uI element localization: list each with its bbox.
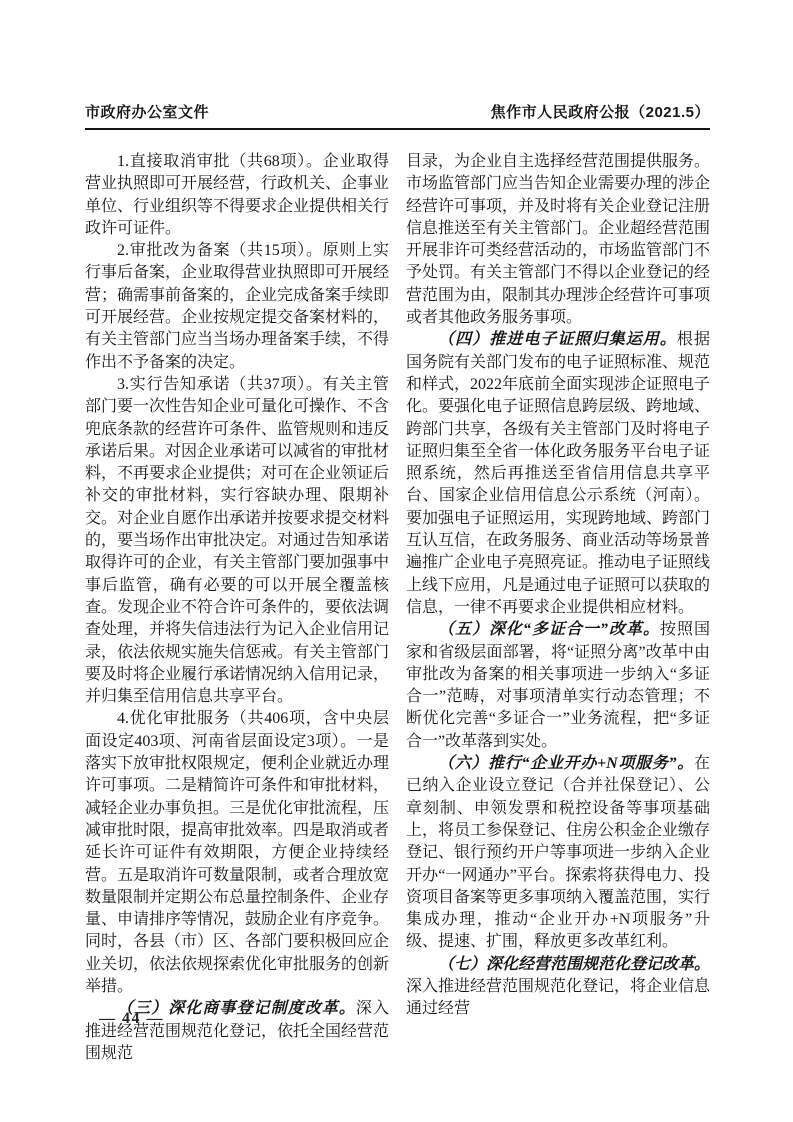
paragraph-lead: （五）深化“多证合一”改革。: [438, 621, 660, 638]
paragraph-text: 2.审批改为备案（共15项）。原则上实行事后备案，企业取得营业执照即可开展经营；…: [85, 242, 389, 370]
paragraph: 1.直接取消审批（共68项）。企业取得营业执照即可开展经营，行政机关、企事业单位…: [85, 151, 389, 240]
paragraph: 2.审批改为备案（共15项）。原则上实行事后备案，企业取得营业执照即可开展经营；…: [85, 240, 389, 374]
paragraph: 3.实行告知承诺（共37项）。有关主管部门要一次性告知企业可量化可操作、不含兜底…: [85, 374, 389, 708]
header-right-title: 焦作市人民政府公报（2021.5）: [491, 101, 710, 122]
paragraph-text: 3.实行告知承诺（共37项）。有关主管部门要一次性告知企业可量化可操作、不含兜底…: [85, 376, 389, 705]
paragraph-text: 4.优化审批服务（共406项，含中央层面设定403项、河南省层面设定3项）。一是…: [85, 710, 389, 995]
paragraph: 目录，为企业自主选择经营范围提供服务。市场监管部门应当告知企业需要办理的涉企经营…: [406, 151, 710, 329]
paragraph-lead: （四）推进电子证照归集运用。: [438, 331, 677, 348]
paragraph-lead: （七）深化经营范围规范化登记改革。: [438, 956, 710, 973]
paragraph-text: 在已纳入企业设立登记（合并社保登记）、公章刻制、申领发票和税控设备等事项基础上，…: [406, 755, 710, 950]
paragraph: （三）深化商事登记制度改革。深入推进经营范围规范化登记，依托全国经营范围规范: [85, 998, 389, 1065]
paragraph: 4.优化审批服务（共406项，含中央层面设定403项、河南省层面设定3项）。一是…: [85, 708, 389, 998]
paragraph: （五）深化“多证合一”改革。按照国家和省级层面部署，将“证照分离”改革中由审批改…: [406, 619, 710, 753]
paragraph-text: 1.直接取消审批（共68项）。企业取得营业执照即可开展经营，行政机关、企事业单位…: [85, 153, 389, 237]
document-page: 市政府办公室文件 焦作市人民政府公报（2021.5） 1.直接取消审批（共68项…: [0, 0, 793, 1122]
left-column: 1.直接取消审批（共68项）。企业取得营业执照即可开展经营，行政机关、企事业单位…: [85, 151, 389, 1065]
right-column: 目录，为企业自主选择经营范围提供服务。市场监管部门应当告知企业需要办理的涉企经营…: [406, 151, 710, 1065]
paragraph-text: 根据国务院有关部门发布的电子证照标准、规范和样式，2022年底前全面实现涉企证照…: [406, 331, 710, 616]
paragraph-text: 深入推进经营范围规范化登记，将企业信息通过经营: [406, 978, 710, 1017]
paragraph: （七）深化经营范围规范化登记改革。深入推进经营范围规范化登记，将企业信息通过经营: [406, 954, 710, 1021]
page-number: — 44 —: [99, 1010, 164, 1028]
paragraph: （六）推行“企业开办+N项服务”。在已纳入企业设立登记（合并社保登记）、公章刻制…: [406, 753, 710, 954]
paragraph-text: 目录，为企业自主选择经营范围提供服务。市场监管部门应当告知企业需要办理的涉企经营…: [406, 153, 710, 326]
text-columns: 1.直接取消审批（共68项）。企业取得营业执照即可开展经营，行政机关、企事业单位…: [85, 151, 710, 1065]
paragraph-text: 按照国家和省级层面部署，将“证照分离”改革中由审批改为备案的相关事项进一步纳入“…: [406, 621, 710, 749]
page-header: 市政府办公室文件 焦作市人民政府公报（2021.5）: [85, 101, 710, 122]
paragraph: （四）推进电子证照归集运用。根据国务院有关部门发布的电子证照标准、规范和样式，2…: [406, 329, 710, 619]
header-rule: [85, 128, 710, 130]
header-left-title: 市政府办公室文件: [85, 101, 209, 122]
paragraph-lead: （六）推行“企业开办+N项服务”。: [438, 755, 694, 772]
